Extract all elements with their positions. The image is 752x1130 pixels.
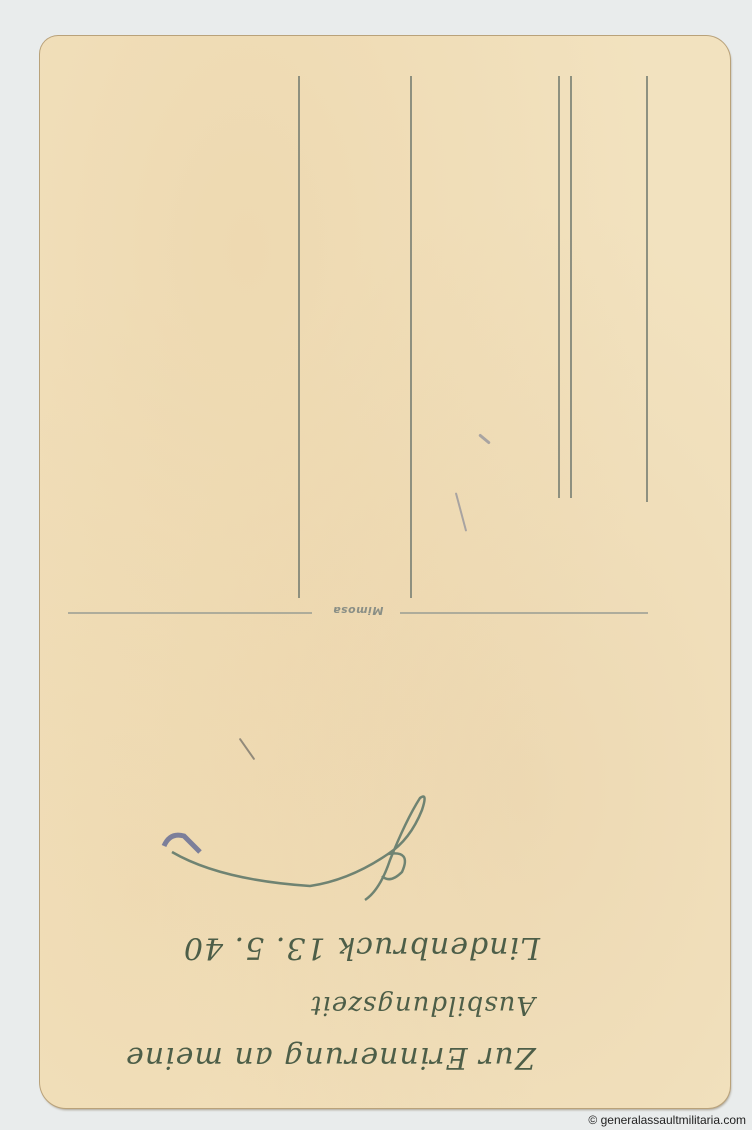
pencil-mark [478, 433, 491, 444]
pencil-mark [239, 738, 256, 760]
stamp-box-line [558, 76, 560, 498]
pencil-mark [455, 492, 467, 531]
handwritten-line-2: Ausbildungszeit [310, 990, 670, 1020]
divider-line [298, 76, 300, 598]
horizontal-divider-right [400, 612, 648, 614]
printer-brand-mark: Mimosa [318, 604, 398, 617]
handwritten-line-1: Zur Erinnerung an meine [125, 1040, 685, 1075]
divider-line [410, 76, 412, 598]
handwritten-date: Lindenbruck 13. 5. 40 [100, 930, 540, 965]
stamp-box-line [646, 76, 648, 502]
horizontal-divider-left [68, 612, 312, 614]
stamp-box-line [570, 76, 572, 498]
signature [150, 780, 450, 920]
copyright-watermark: © generalassaultmilitaria.com [588, 1113, 746, 1127]
